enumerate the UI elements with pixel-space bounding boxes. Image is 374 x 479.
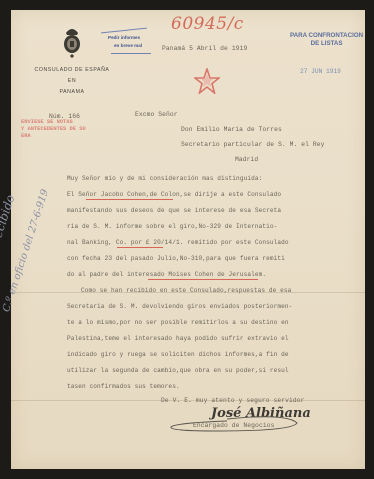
royal-crest-icon (61, 25, 83, 59)
body-line: Palestina,teme el interesado haya podido… (67, 335, 289, 342)
body-line: Secretaria de S. M. devolviendo giros en… (67, 303, 292, 310)
red-underline (148, 279, 258, 280)
letterhead-line: EN (27, 78, 117, 84)
red-margin-note: ENVIESE SE NOTAS Y ANTECEDENTES DE SU ER… (21, 119, 86, 140)
body-line: do al padre del interesado Moises Cohen … (67, 271, 266, 278)
body-line: utilizar la segunda de cambio,que obra e… (67, 367, 289, 374)
body-line: manifestando sus deseos de que se intere… (67, 207, 281, 214)
signatory-title: Encargado de Negocios (193, 422, 274, 429)
body-line: Muy Señor mio y de mi consideración mas … (67, 175, 262, 182)
body-line: te a lo mismo,por no ser posible remitir… (67, 319, 289, 326)
red-underline (117, 247, 163, 248)
letter-page: CONSULADO DE ESPAÑA EN PANAMA Pedir info… (11, 10, 365, 469)
body-line: indicado giro y ruega se soliciten dicho… (67, 351, 289, 358)
letterhead-line: CONSULADO DE ESPAÑA (27, 67, 117, 73)
addressee-title: Secretario particular de S. M. el Rey (181, 141, 325, 148)
stamp-date: 27 JUN 1919 (300, 68, 341, 75)
body-line: Como se han recibido en este Consulado,r… (81, 287, 291, 294)
body-line: nal Banking, Co. por £ 20/14/1. remitido… (67, 239, 289, 246)
body-line: ria de S. M. informe sobre el giro,No-32… (67, 223, 277, 230)
letterhead-line: PANAMA (27, 89, 117, 95)
closing: De V. E. muy atento y seguro servidor (161, 397, 305, 404)
place-date: Panamá 5 Abril de 1919 (162, 45, 247, 52)
body-line: El Señor Jacobo Cohen,de Colon,se dirije… (67, 191, 281, 198)
red-star-icon (194, 68, 220, 94)
salutation-greeting: Excmo Señor (135, 111, 178, 118)
body-line: con fecha 23 del pasado Julio,No-310,par… (67, 255, 285, 262)
reference-number: 60945/c (171, 14, 244, 34)
blue-stamp-left: Pedir informes en breve mal (97, 24, 157, 62)
addressee-city: Madrid (235, 156, 258, 163)
addressee-name: Don Emilio Maria de Torres (181, 126, 282, 133)
blue-stamp-right: PARA CONFRONTACION DE LISTAS (290, 32, 363, 48)
red-underline (86, 199, 173, 200)
body-line: tasen confirmados sus temores. (67, 383, 180, 390)
